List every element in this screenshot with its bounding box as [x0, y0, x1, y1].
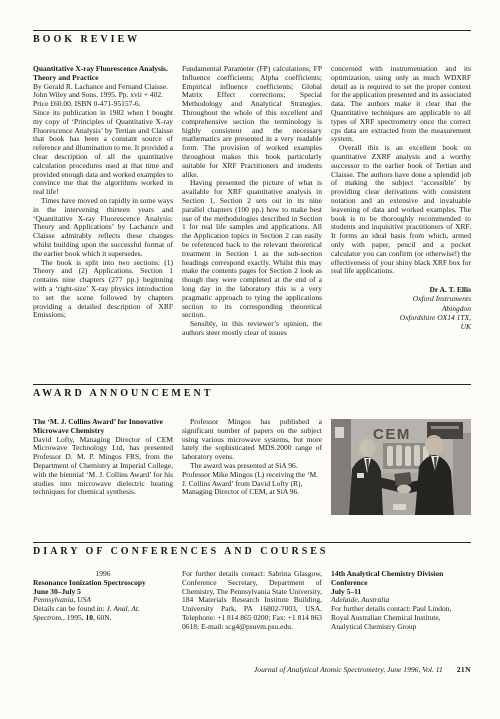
review-paragraph: Overall this is an excellent book on qua… — [331, 144, 471, 276]
page-footer: Journal of Analytical Atomic Spectrometr… — [33, 665, 471, 674]
event-title: 14th Analytical Chemistry Division Confe… — [331, 570, 471, 588]
reviewer-county: Oxfordshire OX14 1TX, — [331, 313, 471, 322]
reference-year: , 1995, — [63, 613, 86, 622]
reviewer-town: Abingdon — [331, 304, 471, 313]
award-section: AWARD ANNOUNCEMENT The ‘M. J. Collins Aw… — [33, 384, 471, 515]
review-paragraph: Since its publication in 1982 when I bou… — [33, 109, 173, 197]
award-columns: The ‘M. J. Collins Award’ for Innovative… — [33, 418, 471, 515]
reviewer-signature: Dr A. T. Ellis Oxford Instruments Abingd… — [331, 285, 471, 331]
event-contact: For further details contact: Sabrina Gla… — [182, 570, 322, 632]
award-column-3: CEM — [331, 418, 471, 515]
review-paragraph: The book is split into two sections: (1)… — [33, 259, 173, 321]
review-paragraph: concerned with instrumentation and its o… — [331, 65, 471, 144]
award-title: The ‘M. J. Collins Award’ for Innovative… — [33, 418, 173, 436]
reference-volume: 10 — [85, 613, 93, 622]
award-paragraph: David Lofty, Managing Director of CEM Mi… — [33, 436, 173, 498]
award-column-1: The ‘M. J. Collins Award’ for Innovative… — [33, 418, 173, 515]
event-contact: For further details contact: Paul Lindon… — [331, 605, 471, 631]
diary-heading: DIARY OF CONFERENCES AND COURSES — [33, 543, 471, 557]
review-paragraph: Sensibly, in this reviewer’s opinion, th… — [182, 320, 322, 338]
award-column-2: Professor Mingos has published a signifi… — [182, 418, 322, 515]
review-paragraph: Having presented the picture of what is … — [182, 179, 322, 320]
award-paragraph: Professor Mingos has published a signifi… — [182, 418, 322, 462]
diary-section: DIARY OF CONFERENCES AND COURSES 1996 Re… — [33, 542, 471, 632]
reference-prefix: Details can be found in: — [33, 604, 107, 613]
page-number: 21N — [457, 665, 471, 674]
cem-logo-text: CEM — [373, 426, 411, 443]
reference-page: , 60N. — [93, 613, 112, 622]
book-review-column-2: Fundamental Parameter (FP) calculations;… — [182, 65, 322, 338]
photo-caption: Professor Mike Mingos (L) receiving the … — [182, 471, 322, 497]
diary-columns: 1996 Resonance Ionization Spectroscopy J… — [33, 570, 471, 632]
review-paragraph: Fundamental Parameter (FP) calculations;… — [182, 65, 322, 179]
book-review-section: BOOK REVIEW Quantitative X-ray Fluoresce… — [33, 30, 471, 338]
award-heading: AWARD ANNOUNCEMENT — [33, 385, 471, 399]
diary-column-1: 1996 Resonance Ionization Spectroscopy J… — [33, 570, 173, 632]
book-title: Quantitative X-ray Fluorescence Analysis… — [33, 65, 173, 83]
reviewer-affiliation: Oxford Instruments — [331, 294, 471, 303]
book-review-heading: BOOK REVIEW — [33, 31, 471, 45]
book-review-columns: Quantitative X-ray Fluorescence Analysis… — [33, 65, 471, 338]
book-review-column-1: Quantitative X-ray Fluorescence Analysis… — [33, 65, 173, 338]
event-reference: Details can be found in: J. Anal. At. Sp… — [33, 605, 173, 623]
journal-citation: Journal of Analytical Atomic Spectrometr… — [254, 665, 443, 674]
award-photo-graphic: CEM — [331, 419, 471, 515]
diary-column-2: For further details contact: Sabrina Gla… — [182, 570, 322, 632]
book-review-column-3: concerned with instrumentation and its o… — [331, 65, 471, 338]
award-photo: CEM — [331, 419, 471, 515]
reviewer-country: UK — [331, 322, 471, 331]
reviewer-name: Dr A. T. Ellis — [331, 285, 471, 294]
book-imprint: By Gerald R. Lachance and Fernand Claiss… — [33, 83, 173, 109]
diary-column-3: 14th Analytical Chemistry Division Confe… — [331, 570, 471, 632]
review-paragraph: Times have moved on rapidly in some ways… — [33, 197, 173, 259]
journal-page: BOOK REVIEW Quantitative X-ray Fluoresce… — [0, 0, 500, 719]
